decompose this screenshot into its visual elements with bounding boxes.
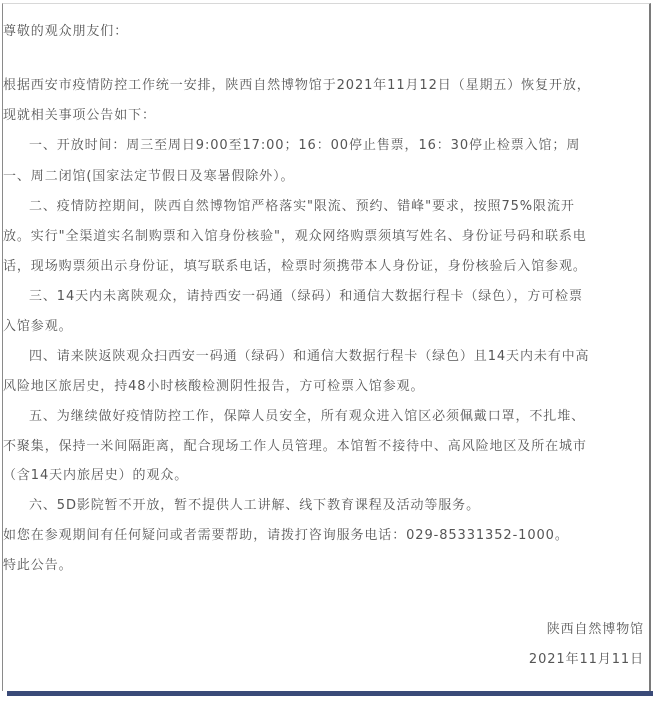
signature: 陕西自然博物馆 <box>547 621 644 639</box>
item-1-line-2: 一、周二闭馆(国家法定节假日及寒暑假除外）。 <box>3 168 294 186</box>
item-6-line-1: 六、5D影院暂不开放，暂不提供人工讲解、线下教育课程及活动等服务。 <box>29 497 480 515</box>
intro-line-2: 现就相关事项公告如下： <box>3 107 156 125</box>
item-5-line-3: （含14天内旅居史）的观众。 <box>3 467 188 485</box>
bottom-bar <box>7 691 653 696</box>
item-2-line-3: 话，现场购票须出示身份证，填写联系电话，检票时须携带本人身份证，身份核验后入馆参… <box>3 258 587 276</box>
item-3-line-2: 入馆参观。 <box>3 318 73 336</box>
item-4-line-1: 四、请来陕返陕观众扫西安一码通（绿码）和通信大数据行程卡（绿色）且14天内未有中… <box>29 348 589 366</box>
closing-line: 特此公告。 <box>3 557 73 575</box>
notice-frame: 尊敬的观众朋友们： 根据西安市疫情防控工作统一安排，陕西自然博物馆于2021年1… <box>2 3 651 691</box>
item-4-line-2: 风险地区旅居史，持48小时核酸检测阴性报告，方可检票入馆参观。 <box>3 378 424 396</box>
item-2-line-2: 放。实行"全渠道实名制购票和入馆身份核验"，观众网络购票须填写姓名、身份证号码和… <box>3 228 587 246</box>
date: 2021年11月11日 <box>529 651 644 669</box>
contact-line: 如您在参观期间有任何疑问或者需要帮助，请拨打咨询服务电话：029-8533135… <box>3 527 569 545</box>
item-5-line-1: 五、为继续做好疫情防控工作，保障人员安全，所有观众进入馆区必须佩戴口罩，不扎堆、 <box>29 408 585 426</box>
item-5-line-2: 不聚集，保持一米间隔距离，配合现场工作人员管理。本馆暂不接待中、高风险地区及所在… <box>3 438 587 456</box>
item-3-line-1: 三、14天内未离陕观众，请持西安一码通（绿码）和通信大数据行程卡（绿色），方可检… <box>29 288 583 306</box>
item-1-line-1: 一、开放时间：周三至周日9:00至17:00；16：00停止售票，16：30停止… <box>29 137 580 155</box>
greeting: 尊敬的观众朋友们： <box>3 23 128 41</box>
item-2-line-1: 二、疫情防控期间，陕西自然博物馆严格落实"限流、预约、错峰"要求，按照75%限流… <box>29 198 575 216</box>
intro-line-1: 根据西安市疫情防控工作统一安排，陕西自然博物馆于2021年11月12日（星期五）… <box>3 77 591 95</box>
